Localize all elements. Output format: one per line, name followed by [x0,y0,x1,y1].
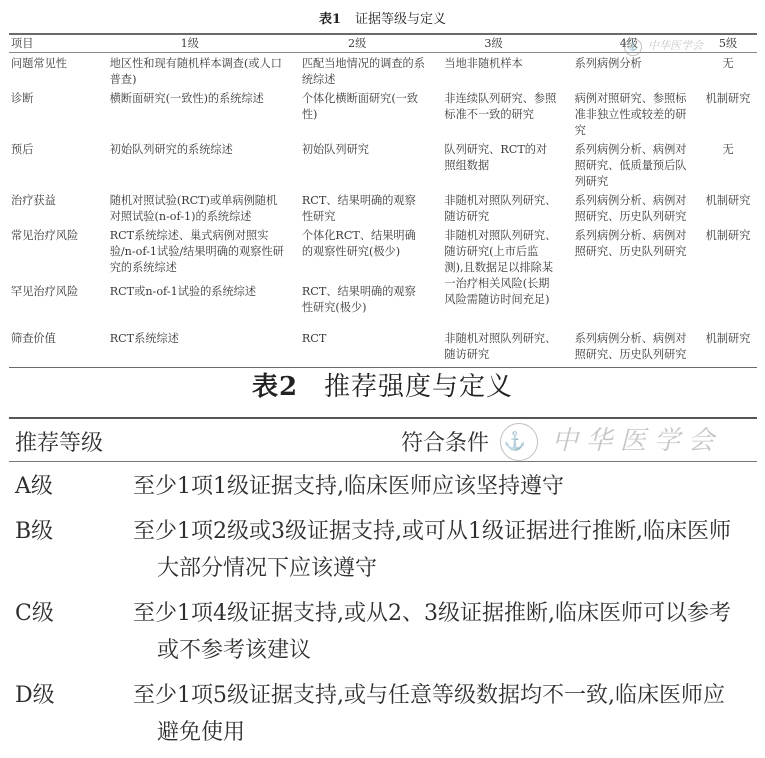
table-row: D级 至少1项5级证据支持,或与任意等级数据均不一致,临床医师应避免使用 [9,673,757,758]
table2-title: 推荐强度与定义 [324,372,513,402]
table2-header-row: 推荐等级 符合条件 [9,418,757,462]
cell-level3: 非随机对照队列研究、随访研究 [430,331,556,363]
table-row: C级 至少1项4级证据支持,或从2、3级证据推断,临床医师可以参考或不参考该建议 [9,591,757,673]
table1-header-item: 项目 [9,34,94,53]
cell-level2: 个体化RCT、结果明确的观察性研究(极少) [288,228,427,260]
evidence-level-table: 项目 1级 2级 3级 4级 5级 问题常见性 地区性和现有随机样本调查(或人口… [9,33,757,368]
cell-level3: 队列研究、RCT的对照组数据 [430,142,556,174]
cell-level5: 无 [701,142,755,158]
table-row: A级 至少1项1级证据支持,临床医师应该坚持遵守 [9,462,757,510]
cell-level1: 初始队列研究的系统综述 [96,142,284,158]
row-item: 常见治疗风险 [9,225,94,276]
cell-level3: 当地非随机样本 [430,56,556,72]
table-row: 预后 初始队列研究的系统综述 初始队列研究 队列研究、RCT的对照组数据 系列病… [9,139,757,190]
grade-criteria: 至少1项2级或3级证据支持,或可从1级证据进行推断,临床医师大部分情况下应该遵守 [133,513,743,587]
cell-level2: 个体化横断面研究(一致性) [288,91,427,123]
cell-level4: 系列病例分析、病例对照研究、历史队列研究 [561,331,698,363]
cell-level5: 机制研究 [701,193,755,209]
cell-level4: 系列病例分析、病例对照研究、历史队列研究 [561,193,698,225]
recommendation-strength-table: 推荐等级 符合条件 A级 至少1项1级证据支持,临床医师应该坚持遵守 B级 至少… [9,417,757,758]
table2-header-grade: 推荐等级 [9,418,133,462]
cell-level4: 系列病例分析、病例对照研究、低质量预后队列研究 [561,142,698,190]
cell-level5: 机制研究 [701,331,755,347]
cell-level2: 匹配当地情况的调查的系统综述 [288,56,427,88]
table1-caption: 表1证据等级与定义 [0,8,765,27]
table1-header-level1: 1级 [94,34,286,53]
table1-title: 证据等级与定义 [355,12,446,27]
row-item: 筛查价值 [9,328,94,368]
table-row: B级 至少1项2级或3级证据支持,或可从1级证据进行推断,临床医师大部分情况下应… [9,509,757,591]
cell-level1: RCT系统综述 [96,331,284,347]
table-row: 诊断 横断面研究(一致性)的系统综述 个体化横断面研究(一致性) 非连续队列研究… [9,88,757,139]
table1-header-row: 项目 1级 2级 3级 4级 5级 [9,34,757,53]
table1-header-level3: 3级 [428,34,558,53]
table2-caption: 表2推荐强度与定义 [0,366,765,403]
cell-level5: 机制研究 [701,228,755,244]
cell-level3: 非连续队列研究、参照标准不一致的研究 [430,91,556,123]
cell-level1: 横断面研究(一致性)的系统综述 [96,91,284,107]
row-item: 问题常见性 [9,53,94,89]
cell-level3: 非随机对照队列研究、随访研究(上市后监测),且数据足以排除某一治疗相关风险(长期… [430,228,556,308]
table2-header-criteria: 符合条件 [133,418,757,462]
row-item: 诊断 [9,88,94,139]
cell-level5: 机制研究 [701,91,755,107]
table-row: 筛查价值 RCT系统综述 RCT 非随机对照队列研究、随访研究 系列病例分析、病… [9,328,757,368]
cell-level1: 随机对照试验(RCT)或单病例随机对照试验(n-of-1)的系统综述 [96,193,284,225]
grade-label: D级 [9,673,133,758]
cell-level1: 地区性和现有随机样本调查(或人口普查) [96,56,284,88]
table-row: 治疗获益 随机对照试验(RCT)或单病例随机对照试验(n-of-1)的系统综述 … [9,190,757,225]
table1-number: 表1 [319,12,341,27]
grade-criteria: 至少1项5级证据支持,或与任意等级数据均不一致,临床医师应避免使用 [133,677,743,751]
table1-header-level2: 2级 [286,34,429,53]
cell-level2: RCT、结果明确的观察性研究 [288,193,427,225]
grade-label: A级 [9,462,133,510]
grade-label: C级 [9,591,133,673]
row-item: 治疗获益 [9,190,94,225]
cell-level2: RCT、结果明确的观察性研究(极少) [288,284,427,316]
grade-criteria: 至少1项4级证据支持,或从2、3级证据推断,临床医师可以参考或不参考该建议 [133,595,743,669]
cell-level1: RCT或n-of-1试验的系统综述 [96,284,284,300]
cell-level5: 无 [701,56,755,72]
grade-label: B级 [9,509,133,591]
table2-number: 表2 [252,372,298,402]
table-row: 常见治疗风险 RCT系统综述、巢式病例对照实验/n-of-1试验/结果明确的观察… [9,225,757,276]
cell-level2: 初始队列研究 [288,142,427,158]
cell-level1: RCT系统综述、巢式病例对照实验/n-of-1试验/结果明确的观察性研究的系统综… [96,228,284,276]
cell-level2: RCT [288,331,427,347]
cell-level4: 系列病例分析 [561,56,698,72]
table-row: 问题常见性 地区性和现有随机样本调查(或人口普查) 匹配当地情况的调查的系统综述… [9,53,757,89]
cell-level4: 系列病例分析、病例对照研究、历史队列研究 [561,228,698,260]
grade-criteria: 至少1项1级证据支持,临床医师应该坚持遵守 [133,468,743,505]
table1-header-level5: 5级 [699,34,757,53]
table1-header-level4: 4级 [559,34,700,53]
cell-level4: 病例对照研究、参照标准非独立性或较差的研究 [561,91,698,139]
cell-level3: 非随机对照队列研究、随访研究 [430,193,556,225]
row-item: 预后 [9,139,94,190]
row-item: 罕见治疗风险 [9,276,94,328]
